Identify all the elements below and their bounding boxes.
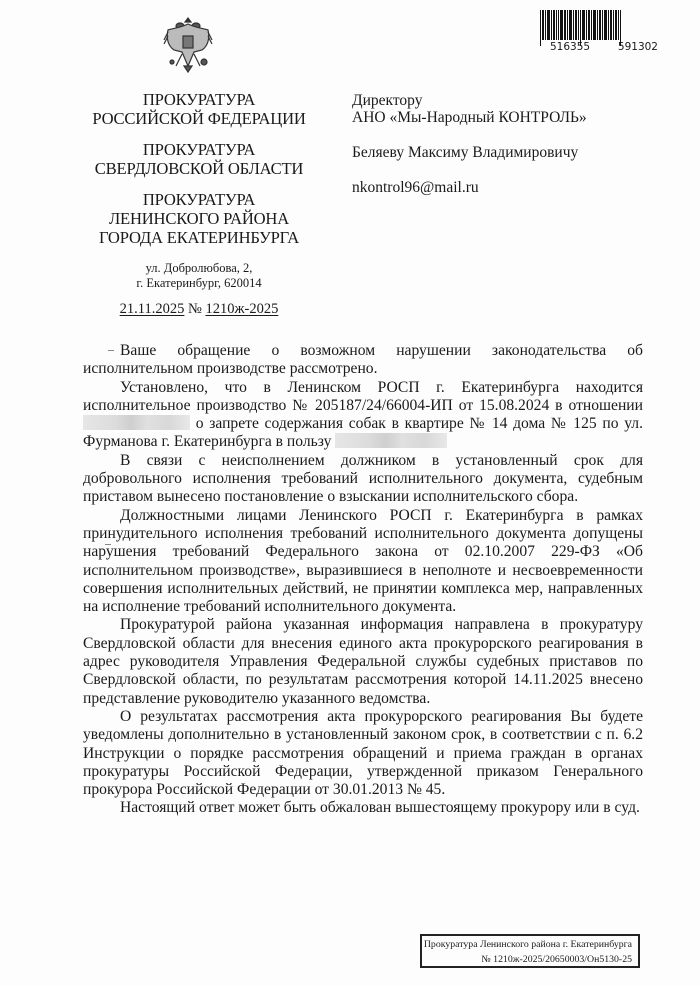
sender-address: ул. Добролюбова, 2, г. Екатеринбург, 620… bbox=[84, 261, 314, 291]
paragraph: В связи с неисполнением должником в уста… bbox=[83, 452, 643, 507]
org-line: ЛЕНИНСКОГО РАЙОНА bbox=[84, 209, 314, 228]
paragraph: Должностными лицами Ленинского РОСП г. Е… bbox=[83, 507, 643, 617]
letter-body: Ваше обращение о возможном нарушении зак… bbox=[83, 342, 643, 818]
paragraph: Прокуратурой района указанная информация… bbox=[83, 616, 643, 707]
org-block-regional: ПРОКУРАТУРА СВЕРДЛОВСКОЙ ОБЛАСТИ bbox=[84, 140, 314, 178]
document-page: ПРОКУРАТУРА РОССИЙСКОЙ ФЕДЕРАЦИИ ПРОКУРА… bbox=[0, 0, 700, 986]
org-line: ПРОКУРАТУРА bbox=[84, 90, 314, 109]
paragraph: Установлено, что в Ленинском РОСП г. Ека… bbox=[83, 379, 643, 452]
org-line: ПРОКУРАТУРА bbox=[84, 140, 314, 159]
recipient-organization: АНО «Мы-Народный КОНТРОЛЬ» bbox=[352, 109, 587, 126]
org-block-district: ПРОКУРАТУРА ЛЕНИНСКОГО РАЙОНА ГОРОДА ЕКА… bbox=[84, 190, 314, 247]
recipient-name: Беляеву Максиму Владимировичу bbox=[352, 144, 587, 161]
org-block-federal: ПРОКУРАТУРА РОССИЙСКОЙ ФЕДЕРАЦИИ bbox=[84, 90, 314, 128]
address-line: г. Екатеринбург, 620014 bbox=[84, 276, 314, 291]
letter-number: 1210ж-2025 bbox=[205, 301, 278, 317]
recipient-position: Директору bbox=[352, 92, 587, 109]
org-line: ПРОКУРАТУРА bbox=[84, 190, 314, 209]
recipient-email: nkontrol96@mail.ru bbox=[352, 179, 587, 196]
registration-line: 21.11.2025 № 1210ж-2025 bbox=[84, 301, 314, 318]
paragraph-text: Установлено, что в Ленинском РОСП г. Ека… bbox=[83, 379, 643, 414]
redacted-debtor bbox=[83, 415, 190, 430]
org-line: ГОРОДА ЕКАТЕРИНБУРГА bbox=[84, 228, 314, 247]
paragraph: Настоящий ответ может быть обжалован выш… bbox=[83, 799, 643, 817]
barcode-digits: 516355 591302 bbox=[550, 41, 658, 53]
recipient-block: Директору АНО «Мы-Народный КОНТРОЛЬ» Бел… bbox=[352, 92, 587, 196]
barcode-right-digits: 591302 bbox=[618, 41, 658, 53]
org-line: РОССИЙСКОЙ ФЕДЕРАЦИИ bbox=[84, 109, 314, 128]
paragraph: Ваше обращение о возможном нарушении зак… bbox=[83, 342, 643, 379]
number-sign: № bbox=[188, 301, 202, 317]
sender-header: ПРОКУРАТУРА РОССИЙСКОЙ ФЕДЕРАЦИИ ПРОКУРА… bbox=[84, 90, 314, 318]
barcode: 516355 591302 bbox=[540, 10, 675, 52]
paragraph: О результатах рассмотрения акта прокурор… bbox=[83, 708, 643, 799]
stamp-line: № 1210ж-2025/20650003/Он5130-25 bbox=[422, 952, 632, 967]
letter-date: 21.11.2025 bbox=[120, 301, 185, 317]
barcode-left-digits: 516355 bbox=[550, 41, 590, 53]
org-line: СВЕРДЛОВСКОЙ ОБЛАСТИ bbox=[84, 159, 314, 178]
registration-stamp: Прокуратура Ленинского района г. Екатери… bbox=[420, 934, 640, 968]
address-line: ул. Добролюбова, 2, bbox=[84, 261, 314, 276]
stamp-line: Прокуратура Ленинского района г. Екатери… bbox=[422, 937, 632, 952]
coat-of-arms-icon bbox=[162, 14, 214, 74]
barcode-bars bbox=[540, 10, 675, 40]
redacted-claimant bbox=[335, 433, 447, 448]
